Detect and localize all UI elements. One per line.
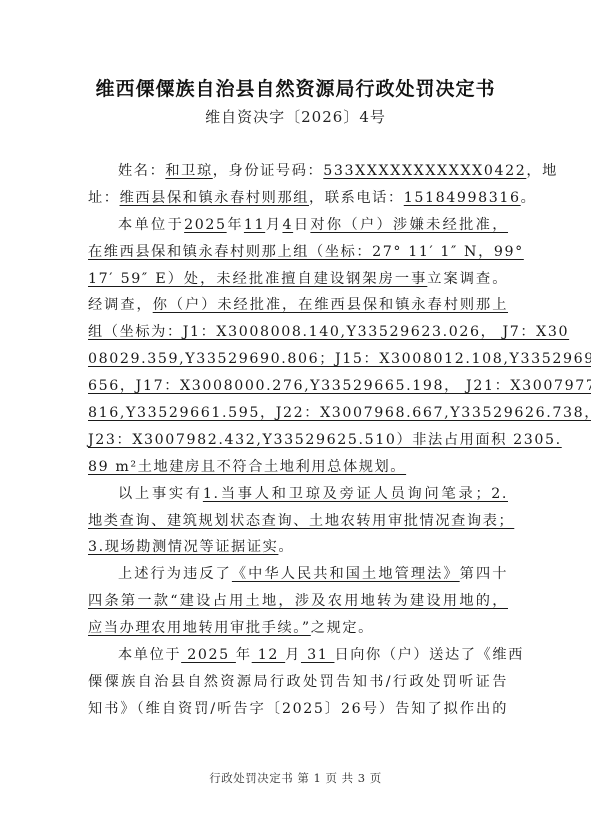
filled-field-text: 1.当事人和卫琼及旁证人员询问笔录；2. <box>203 486 508 502</box>
document-body: 姓名：和卫琼，身份证号码：533XXXXXXXXXXX0422，地址：维西县保和… <box>88 158 508 723</box>
body-line: 本单位于2025年11月4日对你（户）涉嫌未经批准， <box>88 212 508 239</box>
body-text: ，联系电话： <box>309 190 404 206</box>
body-text: ，身份证号码： <box>213 163 324 179</box>
body-text: ，地 <box>526 163 558 179</box>
filled-field-text: 2025 <box>184 217 227 233</box>
body-line: 四条第一款“建设占用土地，涉及农用地转为建设用地的， <box>88 588 508 615</box>
filled-field-text: 对你（户）涉嫌未经批准， <box>310 217 508 233</box>
document-number: 维自资决字〔2026〕4号 <box>0 106 591 127</box>
body-line: 以上事实有1.当事人和卫琼及旁证人员询问笔录；2. <box>88 481 508 508</box>
body-text: 日 <box>293 217 310 233</box>
body-line: 本单位于 2025 年 12 月 31 日向你（户）送达了《维西 <box>88 642 508 669</box>
body-line: 17′ 59″ E）处，未经批准擅自建设钢架房一事立案调查。 <box>88 266 508 293</box>
body-line: 址：维西县保和镇永春村则那组，联系电话：15184998316。 <box>88 185 508 212</box>
body-line: 知书》（维自资罚/听告字〔2025〕26号）告知了拟作出的 <box>88 696 508 723</box>
filled-field-text: 维西县保和镇永春村则那组 <box>120 190 309 206</box>
body-line: 656，J17：X3008000.276,Y33529665.198， J21：… <box>88 373 508 400</box>
body-line: 89 m²土地建房且不符合土地利用总体规划。 <box>88 454 508 481</box>
body-line: 3.现场勘测情况等证据证实。 <box>88 534 508 561</box>
body-line: 傈僳族自治县自然资源局行政处罚告知书/行政处罚听证告 <box>88 669 508 696</box>
body-text: 之规定。 <box>311 620 374 636</box>
body-text: 本单位于 <box>118 217 184 233</box>
filled-field-text: 四条第一款“建设占用土地，涉及农用地转为建设用地的， <box>88 593 508 609</box>
filled-field-text: 地类查询、建筑规划状态查询、土地农转用审批情况查询表； <box>88 513 514 529</box>
body-line: 组（坐标为：J1：X3008008.140,Y33529623.026， J7：… <box>88 319 508 346</box>
body-text: 姓名： <box>118 163 165 179</box>
filled-field-text: 15184998316 <box>404 190 521 206</box>
filled-field-text: 656，J17：X3008000.276,Y33529665.198， J21：… <box>88 378 591 394</box>
body-text: 月 <box>265 217 282 233</box>
body-line: 816,Y33529661.595，J22：X3007968.667,Y3352… <box>88 400 508 427</box>
body-text: 知书》（维自资罚/听告字〔2025〕26号）告知了拟作出的 <box>88 701 508 717</box>
body-text: 年 <box>227 217 244 233</box>
body-text: 立案调查。 <box>427 271 508 287</box>
body-text: 本单位于 <box>118 647 181 663</box>
body-text: 月 <box>285 647 301 663</box>
body-line: 姓名：和卫琼，身份证号码：533XXXXXXXXXXX0422，地 <box>88 158 508 185</box>
body-text: 址： <box>88 190 120 206</box>
filled-field-text: 17′ 59″ E）处，未经批准擅自建设钢架房一事 <box>88 271 427 287</box>
filled-field-text: J23：X3007982.432,Y33529625.510）非法占用面积 23… <box>88 432 562 448</box>
filled-field-text: 在维西县保和镇永春村则那上组（坐标：27° 11′ 1″ N，99° <box>88 244 524 260</box>
body-line: J23：X3007982.432,Y33529625.510）非法占用面积 23… <box>88 427 508 454</box>
body-line: 应当办理农用地转用审批手续。”之规定。 <box>88 615 508 642</box>
filled-field-text: 89 m²土地建房且不符合土地利用总体规划。 <box>88 459 406 475</box>
body-line: 上述行为违反了《中华人民共和国土地管理法》第四十 <box>88 561 508 588</box>
body-line: 经调查，你（户）未经批准，在维西县保和镇永春村则那上 <box>88 292 508 319</box>
document-title: 维西傈僳族自治县自然资源局行政处罚决定书 <box>0 74 591 101</box>
filled-field-text: 816,Y33529661.595，J22：X3007968.667,Y3352… <box>88 405 591 421</box>
filled-field-text: 应当办理农用地转用审批手续。” <box>88 620 311 636</box>
filled-field-text: 2025 <box>181 647 236 663</box>
body-line: 08029.359,Y33529690.806；J15：X3008012.108… <box>88 346 508 373</box>
filled-field-text: 3.现场勘测情况等证据证实 <box>88 539 278 555</box>
body-text: 年 <box>236 647 252 663</box>
body-text: 经调查， <box>88 297 153 313</box>
body-text: 。 <box>521 190 537 206</box>
page-footer: 行政处罚决定书 第 1 页 共 3 页 <box>0 770 591 786</box>
body-text: 第四十 <box>460 566 508 582</box>
filled-field-text: 12 <box>252 647 285 663</box>
filled-field-text: 11 <box>244 217 265 233</box>
filled-field-text: 你（户）未经批准，在维西县保和镇永春村则那上 <box>153 297 508 313</box>
filled-field-text: 31 <box>301 647 334 663</box>
body-text: 傈僳族自治县自然资源局行政处罚告知书/行政处罚听证告 <box>88 674 508 690</box>
body-text: 日向你（户）送达了《维西 <box>334 647 523 663</box>
body-line: 地类查询、建筑规划状态查询、土地农转用审批情况查询表； <box>88 508 508 535</box>
body-line: 在维西县保和镇永春村则那上组（坐标：27° 11′ 1″ N，99° <box>88 239 508 266</box>
filled-field-text: 组（坐标为：J1：X3008008.140,Y33529623.026， J7：… <box>88 324 569 340</box>
filled-field-text: 533XXXXXXXXXXX0422 <box>323 163 526 179</box>
body-text: 。 <box>278 539 294 555</box>
body-text: 以上事实有 <box>118 486 203 502</box>
filled-field-text: 08029.359,Y33529690.806；J15：X3008012.108… <box>88 351 591 367</box>
filled-field-text: 《中华人民共和国土地管理法》 <box>232 566 460 582</box>
body-text: 上述行为违反了 <box>118 566 232 582</box>
filled-field-text: 和卫琼 <box>165 163 212 179</box>
filled-field-text: 4 <box>282 217 293 233</box>
